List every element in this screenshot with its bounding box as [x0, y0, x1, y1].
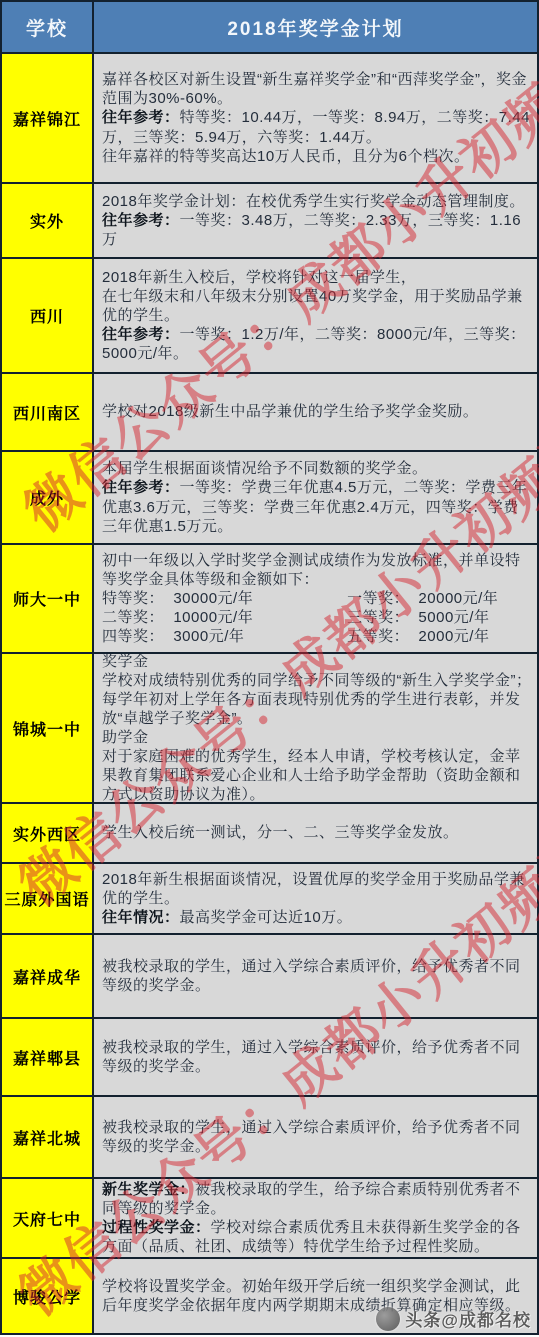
scholarship-table-page: 学校 2018年奖学金计划 嘉祥锦江嘉祥各校区对新生设置“新生嘉祥奖学金”和“西… — [0, 0, 539, 1337]
plan-cell: 嘉祥各校区对新生设置“新生嘉祥奖学金”和“西萍奖学金”，奖金范围为30%-60%… — [94, 54, 537, 182]
prize-item: 特等奖： 30000元/年 — [102, 589, 347, 608]
plan-paragraph: 在七年级末和八年级末分别设置40万奖学金，用于奖励品学兼优的学生。 — [102, 287, 532, 325]
plan-paragraph: 助学金 — [102, 728, 532, 747]
school-name-cell: 嘉祥锦江 — [2, 54, 94, 182]
plan-paragraph: 2018年奖学金计划：在校优秀学生实行奖学金动态管理制度。 — [102, 192, 532, 211]
table-row: 师大一中初中一年级以入学时奖学金测试成绩作为发放标准，并单设特等奖学金具体等级和… — [2, 543, 537, 652]
school-name-cell: 实外 — [2, 184, 94, 257]
plan-cell: 初中一年级以入学时奖学金测试成绩作为发放标准，并单设特等奖学金具体等级和金额如下… — [94, 545, 537, 652]
plan-cell: 学校将设置奖学金。初始年级开学后统一组织奖学金测试，此后年度奖学金依据年度内两学… — [94, 1259, 537, 1333]
plan-paragraph: 往年嘉祥的特等奖高达10万人民币，且分为6个档次。 — [102, 147, 532, 166]
table-row: 实外西区学生入校后统一测试，分一、二、三等奖学金发放。 — [2, 802, 537, 862]
plan-paragraph: 往年参考：一等奖：1.2万/年，二等奖：8000元/年，三等奖：5000元/年。 — [102, 325, 532, 363]
plan-text: 助学金 — [102, 729, 149, 746]
plan-paragraph: 学校将设置奖学金。初始年级开学后统一组织奖学金测试，此后年度奖学金依据年度内两学… — [102, 1277, 532, 1315]
plan-paragraph: 初中一年级以入学时奖学金测试成绩作为发放标准，并单设特等奖学金具体等级和金额如下… — [102, 551, 532, 589]
plan-paragraph: 过程性奖学金：学校对综合素质优秀且未获得新生奖学金的各方面（品质、社团、成绩等）… — [102, 1218, 532, 1256]
plan-text: 被我校录取的学生，通过入学综合素质评价，给予优秀者不同等级的奖学金。 — [102, 958, 521, 994]
plan-bold-label: 往年参考： — [102, 212, 180, 229]
prize-item: 二等奖： 10000元/年 — [102, 608, 347, 627]
plan-paragraph: 往年情况：最高奖学金可达近10万。 — [102, 908, 532, 927]
school-name-cell: 锦城一中 — [2, 654, 94, 802]
plan-cell: 奖学金学校对成绩特别优秀的同学给予不同等级的“新生入学奖学金”；每学年初对上学年… — [94, 654, 537, 802]
plan-text: 本届学生根据面谈情况给予不同数额的奖学金。 — [102, 460, 428, 477]
plan-paragraph: 学生入校后统一测试，分一、二、三等奖学金发放。 — [102, 823, 532, 842]
school-name-cell: 成外 — [2, 452, 94, 543]
table-row: 锦城一中奖学金学校对成绩特别优秀的同学给予不同等级的“新生入学奖学金”；每学年初… — [2, 652, 537, 802]
plan-paragraph: 往年参考：特等奖：10.44万，一等奖：8.94万，二等奖：7.44万，三等奖：… — [102, 108, 532, 146]
table-header-row: 学校 2018年奖学金计划 — [2, 2, 537, 52]
plan-cell: 被我校录取的学生，通过入学综合素质评价，给予优秀者不同等级的奖学金。 — [94, 935, 537, 1017]
plan-text: 往年嘉祥的特等奖高达10万人民币，且分为6个档次。 — [102, 148, 470, 165]
school-name-cell: 嘉祥北城 — [2, 1097, 94, 1177]
plan-cell: 学校对2018级新生中品学兼优的学生给予奖学金奖励。 — [94, 374, 537, 450]
school-name-cell: 西川南区 — [2, 374, 94, 450]
plan-text: 学校将设置奖学金。初始年级开学后统一组织奖学金测试，此后年度奖学金依据年度内两学… — [102, 1278, 521, 1314]
table-row: 西川2018年新生入校后，学校将针对这一届学生，在七年级末和八年级末分别设置40… — [2, 257, 537, 372]
plan-bold-label: 往年情况： — [102, 909, 180, 926]
school-name-cell: 博骏公学 — [2, 1259, 94, 1333]
plan-text: 奖学金 — [102, 654, 149, 670]
table-row: 天府七中新生奖学金：被我校录取的学生，给予综合素质特别优秀者不同等级的奖学金。过… — [2, 1177, 537, 1257]
plan-cell: 2018年新生入校后，学校将针对这一届学生，在七年级末和八年级末分别设置40万奖… — [94, 259, 537, 372]
plan-text: 被我校录取的学生，通过入学综合素质评价，给予优秀者不同等级的奖学金。 — [102, 1119, 521, 1155]
table-row: 实外2018年奖学金计划：在校优秀学生实行奖学金动态管理制度。往年参考：一等奖：… — [2, 182, 537, 257]
plan-cell: 学生入校后统一测试，分一、二、三等奖学金发放。 — [94, 804, 537, 862]
plan-text: 被我校录取的学生，通过入学综合素质评价，给予优秀者不同等级的奖学金。 — [102, 1039, 521, 1075]
school-name-cell: 实外西区 — [2, 804, 94, 862]
plan-paragraph: 新生奖学金：被我校录取的学生，给予综合素质特别优秀者不同等级的奖学金。 — [102, 1180, 532, 1218]
plan-bold-label: 过程性奖学金： — [102, 1219, 211, 1236]
plan-text: 对于家庭困难的优秀学生，经本人申请，学校考核认定，金苹果教育集团联系爱心企业和人… — [102, 748, 521, 802]
plan-text: 嘉祥各校区对新生设置“新生嘉祥奖学金”和“西萍奖学金”，奖金范围为30%-60%… — [102, 71, 527, 107]
school-name-cell: 三原外国语 — [2, 864, 94, 933]
plan-text: 2018年新生入校后，学校将针对这一届学生， — [102, 269, 416, 286]
plan-text: 学校对2018级新生中品学兼优的学生给予奖学金奖励。 — [102, 403, 478, 420]
plan-paragraph: 学校对成绩特别优秀的同学给予不同等级的“新生入学奖学金”；每学年初对上学年各方面… — [102, 671, 532, 728]
school-name-cell: 嘉祥成华 — [2, 935, 94, 1017]
plan-paragraph: 学校对2018级新生中品学兼优的学生给予奖学金奖励。 — [102, 402, 532, 421]
table-row: 嘉祥锦江嘉祥各校区对新生设置“新生嘉祥奖学金”和“西萍奖学金”，奖金范围为30%… — [2, 52, 537, 182]
school-name-cell: 天府七中 — [2, 1179, 94, 1257]
plan-cell: 2018年新生根据面谈情况，设置优厚的奖学金用于奖励品学兼优的学生。往年情况：最… — [94, 864, 537, 933]
plan-cell: 被我校录取的学生，通过入学综合素质评价，给予优秀者不同等级的奖学金。 — [94, 1097, 537, 1177]
table-row: 嘉祥北城被我校录取的学生，通过入学综合素质评价，给予优秀者不同等级的奖学金。 — [2, 1095, 537, 1177]
table-body: 嘉祥锦江嘉祥各校区对新生设置“新生嘉祥奖学金”和“西萍奖学金”，奖金范围为30%… — [2, 52, 537, 1333]
plan-text: 在七年级末和八年级末分别设置40万奖学金，用于奖励品学兼优的学生。 — [102, 288, 523, 324]
header-cell-school: 学校 — [2, 2, 94, 52]
plan-paragraph: 被我校录取的学生，通过入学综合素质评价，给予优秀者不同等级的奖学金。 — [102, 1038, 532, 1076]
prize-item: 五等奖： 2000元/年 — [347, 627, 532, 646]
prize-grid-row: 四等奖： 3000元/年五等奖： 2000元/年 — [102, 627, 532, 646]
plan-text: 初中一年级以入学时奖学金测试成绩作为发放标准，并单设特等奖学金具体等级和金额如下… — [102, 552, 521, 588]
prize-grid-row: 特等奖： 30000元/年一等奖： 20000元/年 — [102, 589, 532, 608]
plan-cell: 新生奖学金：被我校录取的学生，给予综合素质特别优秀者不同等级的奖学金。过程性奖学… — [94, 1179, 537, 1257]
plan-paragraph: 2018年新生根据面谈情况，设置优厚的奖学金用于奖励品学兼优的学生。 — [102, 870, 532, 908]
prize-item: 三等奖： 5000元/年 — [347, 608, 532, 627]
school-name-cell: 嘉祥郫县 — [2, 1019, 94, 1095]
plan-bold-label: 往年参考： — [102, 479, 180, 496]
plan-paragraph: 对于家庭困难的优秀学生，经本人申请，学校考核认定，金苹果教育集团联系爱心企业和人… — [102, 747, 532, 802]
scholarship-table: 学校 2018年奖学金计划 嘉祥锦江嘉祥各校区对新生设置“新生嘉祥奖学金”和“西… — [0, 0, 539, 1335]
table-row: 成外本届学生根据面谈情况给予不同数额的奖学金。往年参考：一等奖：学费三年优惠4.… — [2, 450, 537, 543]
plan-text: 2018年新生根据面谈情况，设置优厚的奖学金用于奖励品学兼优的学生。 — [102, 871, 525, 907]
plan-bold-label: 往年参考： — [102, 326, 180, 343]
prize-item: 四等奖： 3000元/年 — [102, 627, 347, 646]
plan-text: 学校对成绩特别优秀的同学给予不同等级的“新生入学奖学金”；每学年初对上学年各方面… — [102, 672, 532, 727]
plan-paragraph: 本届学生根据面谈情况给予不同数额的奖学金。 — [102, 459, 532, 478]
plan-text: 学生入校后统一测试，分一、二、三等奖学金发放。 — [102, 824, 459, 841]
plan-text: 最高奖学金可达近10万。 — [180, 909, 353, 926]
prize-grid-row: 二等奖： 10000元/年三等奖： 5000元/年 — [102, 608, 532, 627]
plan-paragraph: 2018年新生入校后，学校将针对这一届学生， — [102, 268, 532, 287]
prize-item: 一等奖： 20000元/年 — [347, 589, 532, 608]
header-cell-plan: 2018年奖学金计划 — [94, 2, 537, 52]
plan-text: 2018年奖学金计划：在校优秀学生实行奖学金动态管理制度。 — [102, 193, 525, 210]
plan-bold-label: 新生奖学金： — [102, 1181, 195, 1198]
school-name-cell: 师大一中 — [2, 545, 94, 652]
plan-paragraph: 被我校录取的学生，通过入学综合素质评价，给予优秀者不同等级的奖学金。 — [102, 1118, 532, 1156]
plan-paragraph: 被我校录取的学生，通过入学综合素质评价，给予优秀者不同等级的奖学金。 — [102, 957, 532, 995]
plan-paragraph: 往年参考：一等奖：学费三年优惠4.5万元，二等奖：学费三年优惠3.6万元，三等奖… — [102, 478, 532, 535]
plan-paragraph: 嘉祥各校区对新生设置“新生嘉祥奖学金”和“西萍奖学金”，奖金范围为30%-60%… — [102, 70, 532, 108]
plan-cell: 本届学生根据面谈情况给予不同数额的奖学金。往年参考：一等奖：学费三年优惠4.5万… — [94, 452, 537, 543]
plan-paragraph: 奖学金 — [102, 654, 532, 671]
table-row: 三原外国语2018年新生根据面谈情况，设置优厚的奖学金用于奖励品学兼优的学生。往… — [2, 862, 537, 933]
table-row: 嘉祥郫县被我校录取的学生，通过入学综合素质评价，给予优秀者不同等级的奖学金。 — [2, 1017, 537, 1095]
table-row: 博骏公学学校将设置奖学金。初始年级开学后统一组织奖学金测试，此后年度奖学金依据年… — [2, 1257, 537, 1333]
plan-bold-label: 往年参考： — [102, 109, 180, 126]
plan-cell: 被我校录取的学生，通过入学综合素质评价，给予优秀者不同等级的奖学金。 — [94, 1019, 537, 1095]
school-name-cell: 西川 — [2, 259, 94, 372]
table-row: 西川南区学校对2018级新生中品学兼优的学生给予奖学金奖励。 — [2, 372, 537, 450]
plan-paragraph: 往年参考：一等奖：3.48万，二等奖：2.33万，三等奖：1.16万 — [102, 211, 532, 249]
table-row: 嘉祥成华被我校录取的学生，通过入学综合素质评价，给予优秀者不同等级的奖学金。 — [2, 933, 537, 1017]
plan-cell: 2018年奖学金计划：在校优秀学生实行奖学金动态管理制度。往年参考：一等奖：3.… — [94, 184, 537, 257]
